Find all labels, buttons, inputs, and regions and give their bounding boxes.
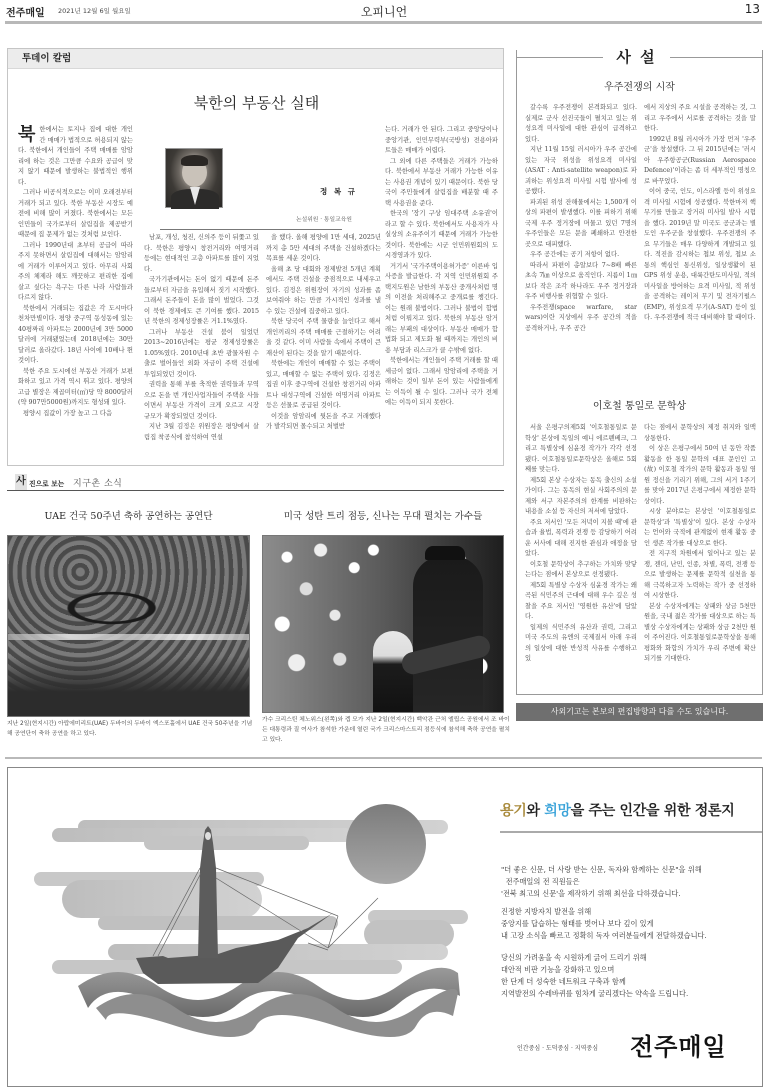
ad-paragraph-3: 당신의 가려움을 속 시원하게 긁어 드리기 위해 대안적 비판 기능을 강화하… [501, 952, 688, 1000]
contribution-disclaimer: 사외기고는 본보의 편집방향과 다를 수도 있습니다. [516, 703, 763, 721]
ship-illustration [8, 768, 488, 1086]
column-header: 투데이 칼럼 [8, 49, 503, 69]
editorial-2-col1: 서울 은평구의제5회 '이호철통일로 문학상' 본상에 독일의 예니 에르펜베크… [525, 423, 637, 691]
masthead: 전주매일 2021년 12월 6일 월요일 오피니언 13 [0, 0, 768, 24]
photo-caption-uae: 지난 2일(현지시간) 아랍에미리트(UAE) 두바이의 두바이 엑스포홀에서 … [7, 719, 257, 739]
ad-divider [500, 831, 762, 833]
column-text-col1: 북한에서는 토지나 집에 대한 개인 간 매매가 법적으로 허용되지 않는다. … [18, 125, 133, 463]
editorial-1-col2: 에서 지상의 주요 시설을 공격하는 것, 그리고 우주에서 서로를 공격하는 … [644, 103, 756, 391]
photo-title-uae: UAE 건국 50주년 축하 공연하는 공연단 [7, 508, 250, 522]
editorial-title-2: 이호철 통일로 문학상 [516, 397, 763, 412]
ad-slogan: 인간중심 · 도덕중심 · 지역중심 [517, 1043, 598, 1052]
author-photo [165, 148, 223, 208]
photo-uae-performance [7, 535, 250, 717]
column-text-col4: 는다. 거래가 안 된다. 그리고 중앙당이나 중앙기관, 인민무력부(국방성)… [385, 125, 498, 463]
photo-title-xmas: 미국 성탄 트리 점등, 신나는 무대 펼치는 가수들 [262, 508, 504, 522]
photo-news-header: 사 진으로 보는 지구촌 소식 [7, 474, 504, 491]
photo-christmas-concert [262, 535, 504, 713]
section-divider [5, 757, 762, 759]
ad-paragraph-2: 진정한 지방자치 발전을 위해 중앙지를 답습하는 형태를 벗어나 보다 깊이 … [501, 906, 707, 942]
dropcap: 북 [18, 126, 35, 144]
photo-caption-xmas: 가수 크리스틴 체노위스(왼쪽)와 켑 모가 지난 2일(현지시간) 백악관 근… [262, 715, 510, 745]
masthead-divider [5, 21, 762, 24]
column-title: 북한의 부동산 실태 [8, 92, 505, 113]
ad-headline: 용기와 희망을 주는 인간을 위한 정론지 [500, 800, 734, 820]
ad-logo: 전주매일 [630, 1027, 727, 1062]
editorial-label: 사 설 [603, 46, 670, 67]
editorial-2-col2: 다는 점에서 문학상의 제정 취지와 일맥상통한다. 이 상은 은평구에서 50… [644, 423, 756, 691]
column-text-col2: 남포, 개성, 청진, 신의주 등이 뒤쫓고 있다. 북한은 평양시 창전거리와… [144, 233, 259, 463]
editorial-title-1: 우주전쟁의 시작 [516, 78, 763, 93]
author-name: 정 복 규 [320, 186, 357, 197]
column-text-col3: 을 했다. 올해 평양에 1만 세대, 2025년까지 총 5만 세대의 주택을… [266, 233, 381, 463]
author-divider [160, 229, 342, 230]
section-title: 오피니언 [0, 3, 768, 20]
page-number: 13 [745, 2, 760, 16]
ad-paragraph-1: "더 좋은 신문, 더 사랑 받는 신문, 독자와 함께하는 신문"을 위해 전… [501, 864, 702, 900]
author-role: 논설위원 · 통일교육원 [296, 214, 352, 223]
editorial-1-col1: 갈수록 우주전쟁이 본격화되고 있다. 실제로 군사 선진국들이 펼치고 있는 … [525, 103, 637, 391]
today-column: 투데이 칼럼 북한의 부동산 실태 북한에서는 토지나 집에 대한 개인 간 매… [7, 48, 504, 466]
